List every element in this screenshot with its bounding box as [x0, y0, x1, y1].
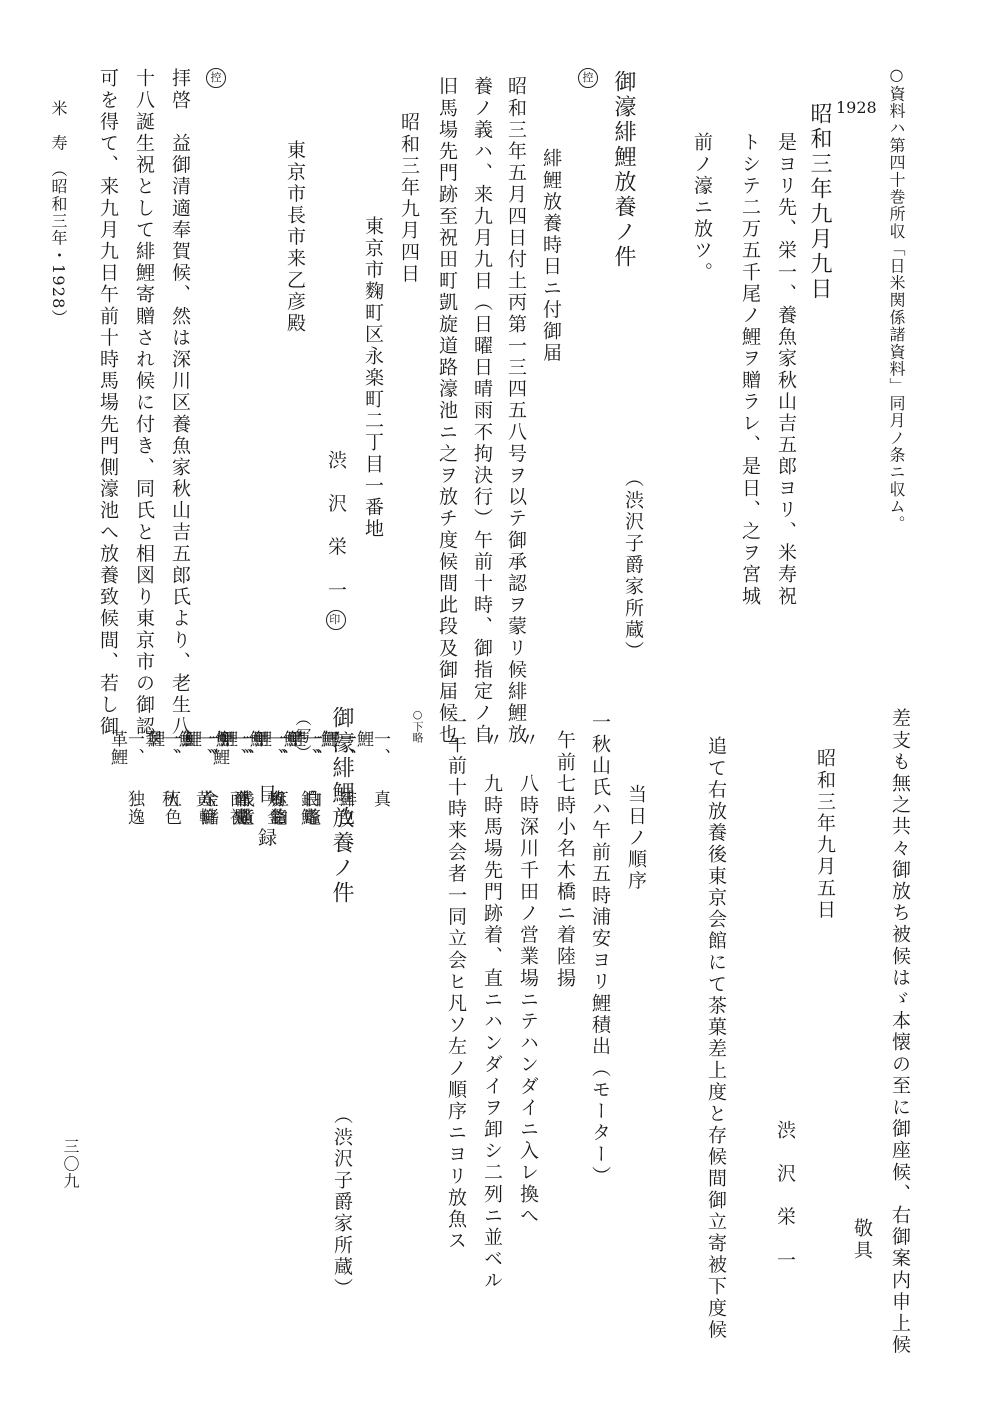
list-item: 一、黄 鯉 — [176, 730, 210, 842]
schedule-item-2: 午前七時小名木橋ニ着陸揚 — [555, 730, 574, 989]
schedule-title: 当日ノ順序 — [626, 784, 645, 892]
date-heading: 昭和三年九月九日 — [808, 102, 830, 302]
doc2-cont-line-2: 追て右放養後東京会館にて茶菓差上度と存候間御立寄被下度候 — [706, 736, 725, 1341]
doc1-title: 御濠緋鯉放養ノ件 — [612, 70, 634, 270]
schedule-item-3: 〃 八時深川千田ノ営業場ニテハンダイニ入レ換へ — [518, 730, 537, 1227]
list-item: 一、独逸革鯉 — [108, 730, 142, 842]
doc2-body-line-3: 可を得て、来九月九日午前十時馬場先門側濠池へ放養致候間、若し御 — [98, 68, 117, 738]
omitted-note: ○下略 — [412, 708, 423, 743]
list-item: 一、三色鯉 — [318, 730, 352, 842]
list-item: 一、真 鯉 — [354, 730, 388, 842]
list-item: 一、面被り鯉 — [210, 730, 244, 842]
doc2-date: 昭和三年九月五日 — [815, 748, 834, 921]
schedule-item-5: 一午前十時来会者一同立会ヒ凡ソ左ノ順序ニヨリ放魚ス — [446, 712, 465, 1252]
sender-name: 渋 沢 栄 一 — [325, 450, 347, 601]
year-label: 1928 — [836, 100, 877, 116]
doc1-subject: 緋鯉放養時日ニ付御届 — [541, 148, 560, 364]
doc2-closing: 敬具 — [852, 1218, 871, 1261]
doc2-body-line-2: 十八誕生祝として緋鯉寄贈され候に付き、同氏と相図り東京市の御認 — [134, 68, 153, 738]
doc2-body-line-1: 拝啓 益御清適奉賀候、然は深川区養魚家秋山吉五郎氏より、老生八 — [170, 68, 189, 738]
running-footer: 米 寿 （昭和三年・1928） — [50, 100, 66, 327]
page-number: 三〇九 — [62, 1138, 78, 1190]
doc2-sender: 渋 沢 栄 一 — [775, 1120, 794, 1271]
doc1-sender: 渋 沢 栄 一 印 — [326, 450, 346, 630]
list-item: 一、秋 翠 — [142, 730, 176, 842]
draft-seal-icon: 控 — [578, 68, 598, 88]
personal-seal-icon: 印 — [326, 610, 346, 630]
doc1-body-line-3: 旧馬場先門跡至祝田町凱旋道路濠池ニ之ヲ放チ度候間此段及御届候也 — [437, 76, 456, 746]
summary-line-2: トシテ二万五千尾ノ鯉ヲ贈ラレ、是日、之ヲ宮城 — [740, 132, 759, 607]
summary-line-3: 前ノ濠ニ放ツ。 — [692, 132, 711, 283]
doc1-recipient: 東京市長市来乙彦殿 — [285, 140, 304, 334]
doc1-source: （渋沢子爵家所蔵） — [623, 468, 642, 662]
doc1-body-line-1: 昭和三年五月四日付土丙第一三四五八号ヲ以テ御承認ヲ蒙リ候緋鯉放 — [506, 76, 525, 746]
doc3-source: （渋沢子爵家所蔵） — [332, 1105, 351, 1299]
list-row-4: 一、面被り鯉 一、黄 鯉 一、秋 翠 一、独逸革鯉 — [108, 730, 244, 842]
list-item: 一、銀鰭鯉 — [281, 730, 315, 842]
summary-line-1: 是ヨリ先、栄一、養魚家秋山吉五郎ヨリ、米寿祝 — [776, 132, 795, 607]
editorial-note: ○資料ハ第四十巻所収「日米関係諸資料」同月ノ条ニ収ム。 — [888, 65, 904, 532]
list-item: 一、頰金鯉 — [247, 730, 281, 842]
schedule-item-4: 〃 九時馬場先門跡着、直ニハンダイヲ卸シ二列ニ並ベル — [482, 730, 501, 1292]
doc2-cont-line-1: 差支も無之共々御放ち被候はゞ本懐の至に御座候、右御案内申上候 — [890, 708, 909, 1356]
draft-seal-icon-2: 控 — [206, 68, 226, 88]
schedule-item-1: 一秋山氏ハ午前五時浦安ヨリ鯉積出（モーター） — [590, 712, 609, 1187]
doc1-date: 昭和三年九月四日 — [399, 112, 418, 285]
doc1-body-line-2: 養ノ義ハ、来九月九日（日曜日晴雨不拘決行）午前十時、御指定ノ自 — [472, 76, 491, 746]
doc1-address: 東京市麴町区永楽町二丁目一番地 — [363, 216, 382, 540]
